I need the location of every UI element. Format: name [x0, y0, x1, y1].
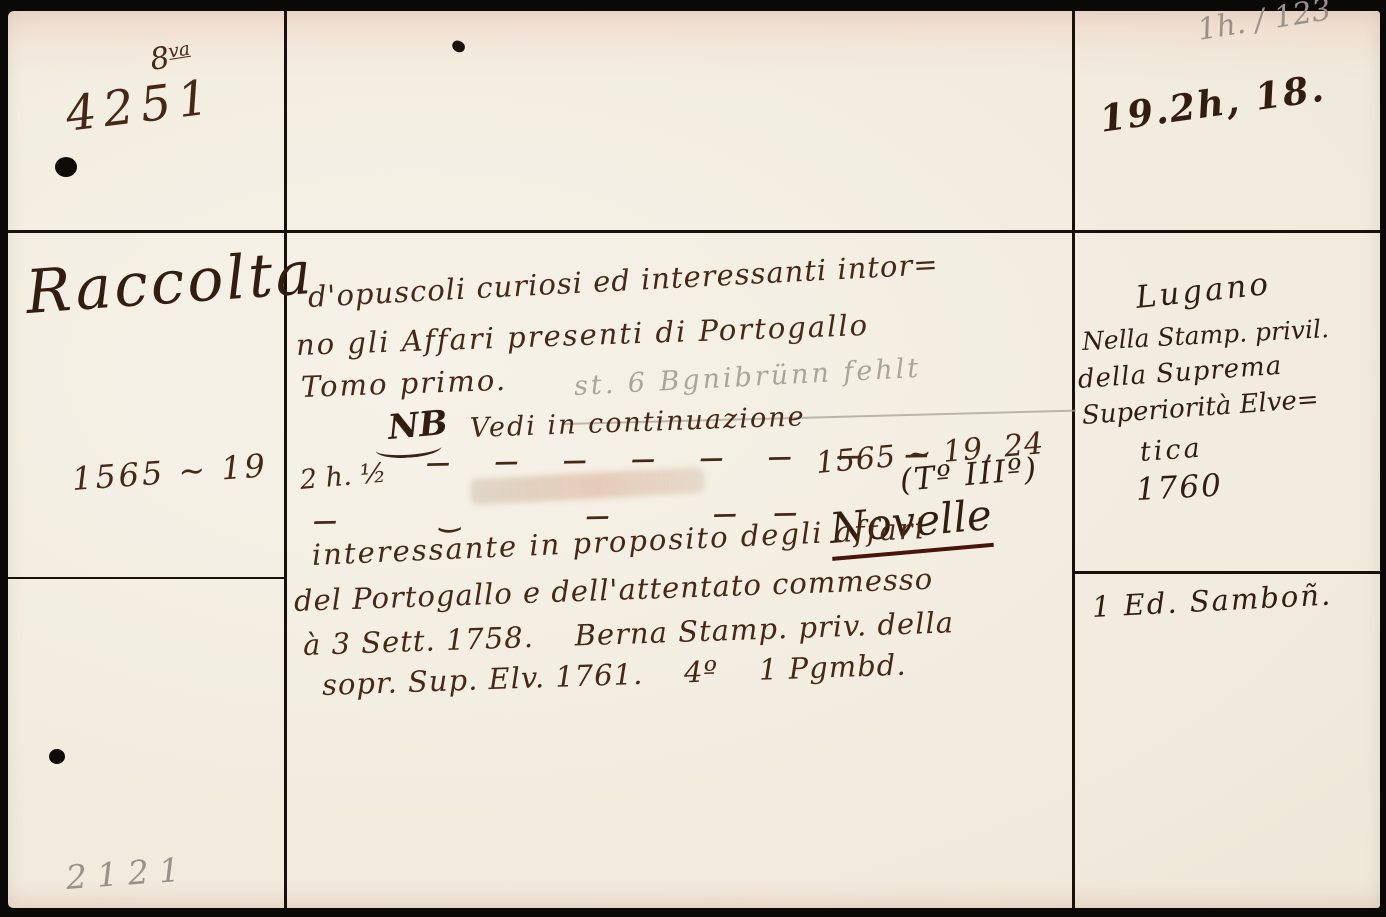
title-text-line1: d'opuscoli curiosi ed interessanti intor… — [307, 250, 939, 312]
title-heading: Raccolta — [24, 243, 316, 323]
continuation-note: Vedi in continuazione — [470, 403, 806, 442]
shelf-number: 4251 — [63, 73, 218, 139]
pencil-reference-number: 1h. / 123 — [1196, 0, 1333, 46]
ink-blot — [451, 39, 467, 54]
card-paper: 8va 4251 1h. / 123 19.2h, 18. Raccolta 1… — [8, 11, 1380, 908]
imprint-line-3: della Suprema — [1077, 353, 1283, 393]
note-text-line2: del Portogallo e dell'attentato commesso — [293, 565, 933, 616]
imprint-line-4: Superiorità Elve= — [1081, 386, 1319, 428]
imprint-year: 1760 — [1135, 470, 1223, 506]
catalog-number: 1565 ~ 19 — [71, 449, 269, 495]
title-text-line3: Tomo primo. — [300, 366, 507, 402]
call-number: 19.2h, 18. — [1097, 70, 1327, 138]
bottom-pencil-number: 2121 — [65, 852, 191, 894]
imprint-place: Lugano — [1134, 269, 1272, 314]
novelle-tome-note: (Tº IIIº) — [899, 454, 1040, 497]
hole-punch-top — [55, 157, 77, 177]
pencil-annotation: st. 6 Bgnibrünn fehlt — [573, 355, 922, 400]
catalog-card-scan: 8va 4251 1h. / 123 19.2h, 18. Raccolta 1… — [0, 0, 1386, 917]
nota-bene-mark: NB — [387, 406, 450, 445]
title-text-line2: no gli Affari presenti di Portogallo — [295, 311, 869, 360]
vertical-rule-left-column — [284, 11, 287, 908]
price-note: 2 h. ½ — [299, 460, 388, 494]
horizontal-rule-header — [8, 230, 1380, 233]
horizontal-rule-right-cell — [1072, 571, 1380, 574]
vertical-rule-right-column — [1072, 11, 1075, 908]
hole-punch-bottom — [49, 749, 65, 764]
imprint-line-2: Nella Stamp. privil. — [1081, 316, 1329, 354]
imprint-line-5: tica — [1139, 435, 1203, 466]
edition-note: 1 Ed. Samboñ. — [1091, 580, 1333, 622]
horizontal-rule-left-cell — [8, 577, 287, 579]
